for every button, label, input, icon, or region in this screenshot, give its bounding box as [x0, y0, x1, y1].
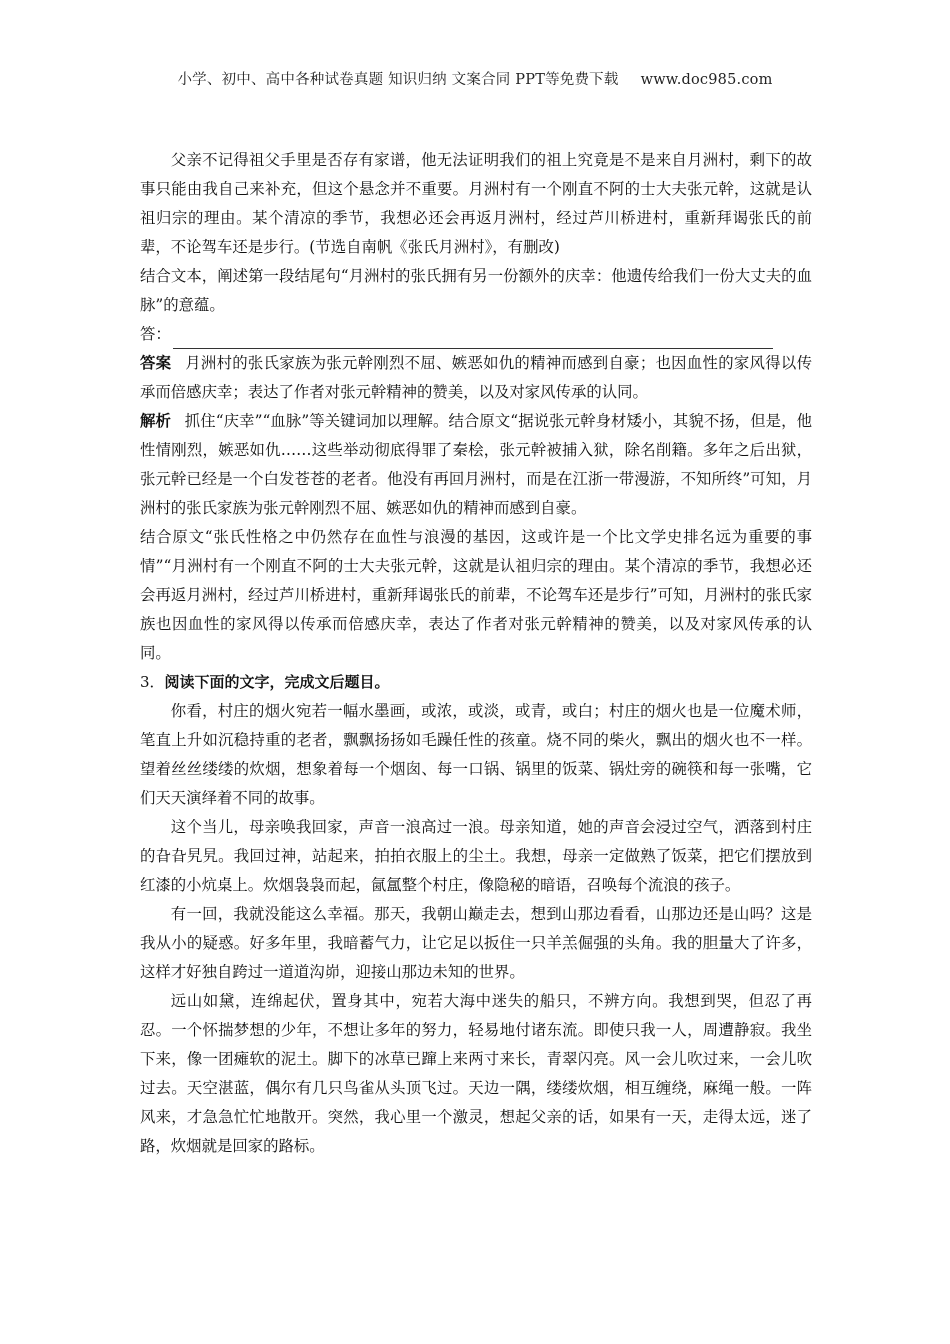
page-header: 小学、初中、高中各种试卷真题 知识归纳 文案合同 PPT等免费下载www.doc…	[0, 68, 950, 89]
answer-text: 月洲村的张氏家族为张元幹刚烈不屈、嫉恶如仇的精神而感到自豪；也因血性的家风得以传…	[140, 354, 812, 401]
answer-paragraph: 答案月洲村的张氏家族为张元幹刚烈不屈、嫉恶如仇的精神而感到自豪；也因血性的家风得…	[140, 349, 812, 407]
reading-paragraph-1: 你看，村庄的烟火宛若一幅水墨画，或浓，或淡，或青，或白；村庄的烟火也是一位魔术师…	[140, 697, 812, 813]
reading-paragraph-2: 这个当儿，母亲唤我回家，声音一浪高过一浪。母亲知道，她的声音会浸过空气，洒落到村…	[140, 813, 812, 900]
analysis-text-1: 抓住“庆幸”“血脉”等关键词加以理解。结合原文“据说张元幹身材矮小，其貌不扬，但…	[140, 412, 812, 517]
answer-label: 答案	[140, 354, 171, 372]
header-url: www.doc985.com	[641, 72, 773, 88]
answer-prefix: 答：	[140, 320, 171, 349]
answer-blank-line[interactable]	[173, 328, 773, 349]
analysis-paragraph-1: 解析抓住“庆幸”“血脉”等关键词加以理解。结合原文“据说张元幹身材矮小，其貌不扬…	[140, 407, 812, 523]
reading-paragraph-4: 远山如黛，连绵起伏，置身其中，宛若大海中迷失的船只，不辨方向。我想到哭，但忍了再…	[140, 987, 812, 1161]
question-3-instruction: 阅读下面的文字，完成文后题目。	[165, 673, 390, 691]
header-banner-text: 小学、初中、高中各种试卷真题 知识归纳 文案合同 PPT等免费下载	[177, 72, 618, 88]
question-prompt: 结合文本，阐述第一段结尾句“月洲村的张氏拥有另一份额外的庆幸：他遗传给我们一份大…	[140, 262, 812, 320]
passage-closing-paragraph: 父亲不记得祖父手里是否存有家谱，他无法证明我们的祖上究竟是不是来自月洲村，剩下的…	[140, 146, 812, 262]
reading-paragraph-3: 有一回，我就没能这么幸福。那天，我朝山巅走去，想到山那边看看，山那边还是山吗？这…	[140, 900, 812, 987]
document-body: 父亲不记得祖父手里是否存有家谱，他无法证明我们的祖上究竟是不是来自月洲村，剩下的…	[140, 146, 812, 1161]
analysis-paragraph-2: 结合原文“张氏性格之中仍然存在血性与浪漫的基因，这或许是一个比文学史排名远为重要…	[140, 523, 812, 668]
answer-blank-row: 答：	[140, 320, 812, 349]
question-3-heading: 3．阅读下面的文字，完成文后题目。	[140, 668, 812, 697]
analysis-label: 解析	[140, 412, 171, 430]
question-3-number: 3．	[140, 673, 165, 691]
